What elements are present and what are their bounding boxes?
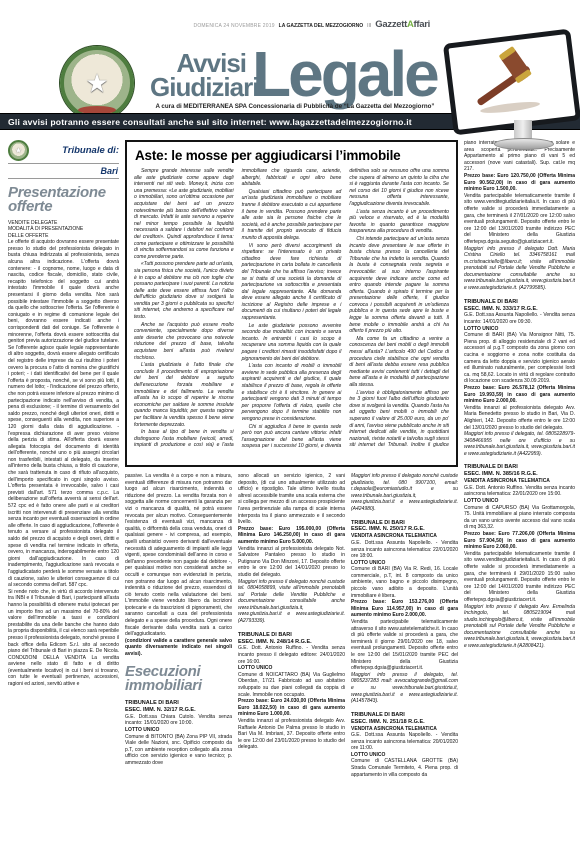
text-block-court: TRIBUNALE DI BARI (464, 464, 575, 471)
text-block-p: sono allocati un servizio igienico, 2 va… (238, 473, 345, 526)
dateline-date: DOMENICA 24 NOVEMBRE 2019 (194, 23, 275, 29)
gazzettaffari-logo: GazzettAffari (375, 19, 430, 30)
text-block-court: TRIBUNALE DI BARI (351, 520, 458, 527)
text-block-court: ESEC. IMM. N. 250/17 R.G.E. (351, 526, 458, 533)
text-block-p: Vendita partecipabile telematicamente tr… (464, 551, 575, 604)
text-block-b: Prezzo base: Euro 24.030,00 (Offerta Min… (238, 698, 345, 718)
text-block-court: ESEC. IMM. N. 32/17 R.G.E. (125, 707, 232, 714)
text-block-p: Le offerte di acquisto dovranno essere p… (8, 239, 119, 588)
text-block-b: VENDITA ASINCRONA TELEMATICA (351, 533, 458, 540)
text-block-b: Prezzo base: Euro 153.276,00 (Offerta Mi… (351, 599, 458, 619)
text-block-ap: Anche se l'acquisto può essere molto con… (134, 322, 234, 362)
section-heading-presentazione: Presentazione offerte (8, 186, 119, 215)
star-icon: ★ (85, 68, 108, 99)
text-block-p: Comune di BITONTO (BA) Zona PIP VII, str… (125, 734, 232, 767)
text-block-ap: Qualsiasi cittadino può partecipare ad u… (242, 189, 342, 242)
text-block-p: Vendita innanzi al professionista delega… (464, 405, 575, 431)
text-block-i: Maggiori info presso il delegato nonché … (238, 579, 345, 625)
text-block-court: ESEC. IMM. N. 333/17 R.G.E. (464, 306, 575, 313)
text-block-court: TRIBUNALE DI BARI (464, 299, 575, 306)
text-block-b: Prezzo base: Euro 120.750,00 (Offerta Mi… (464, 173, 575, 193)
text-block-b: LOTTO UNICO (238, 665, 345, 672)
masthead-avvisi-giudiziari: Avvisi Giudiziari (150, 52, 246, 100)
text-block-p: Comune di CASTELLANA GROTTE (BA) Strada … (351, 758, 458, 778)
text-block-p: Comune di CAPURSO (BA) Via Grottamorgola… (464, 505, 575, 531)
text-block-p: Vendita partecipabile telematicamente at… (351, 619, 458, 672)
masthead: Avvisi Giudiziari Legale (150, 46, 450, 102)
column-2-notices: passive. La vendita è a corpo e non a mi… (125, 473, 232, 837)
monitor-screen (443, 29, 580, 136)
presentazione-offerte-text: Presentazione offerteVENDITE DELEGATEMOD… (8, 186, 119, 688)
page-content: ★ Tribunale di: Bari Presentazione offer… (8, 140, 575, 837)
text-block-ap: L'asta giudiziaria è l'atto finale che c… (134, 362, 234, 428)
text-block-b: Prezzo base: Euro 195.000,00 (Offerta Mi… (238, 526, 345, 546)
text-block-cap: DELLE OFFERTE (8, 233, 119, 240)
text-block-ap: Sempre grande interesse sulle vendite al… (134, 168, 234, 260)
tribunale-city: Bari (8, 164, 119, 176)
text-block-b: LOTTO UNICO (464, 498, 575, 505)
article-headline: Aste: le mosse per aggiudicarsi l’immobi… (135, 148, 449, 163)
masthead-legale-title: Legale (252, 46, 437, 102)
text-block-p: Si rende noto che, in virtù di accordo i… (8, 589, 119, 688)
text-block-b: LOTTO UNICO (351, 560, 458, 567)
text-block-b: Prezzo base: Euro 77.206,00 (Offerta Min… (464, 531, 575, 551)
text-block-p: Comune di BARI (BA) Via R. Redi, 16. Loc… (351, 566, 458, 599)
text-block-p: G.E. Dott. Antonio Ruffino. Vendita senz… (464, 485, 575, 498)
article-box: Aste: le mosse per aggiudicarsi l’immobi… (125, 140, 458, 467)
column-3-notices: sono allocati un servizio igienico, 2 va… (238, 473, 345, 837)
column-5-notices: piano interrato, terra, primo e lastrico… (464, 140, 575, 837)
text-block-p: Vendita partecipabile telematicamente tr… (464, 193, 575, 246)
text-block-ap: «Tutti possono prendere parte ad un'asta… (134, 261, 234, 320)
middle-section: Aste: le mosse per aggiudicarsi l’immobi… (125, 140, 458, 837)
tribunale-emblem-icon: ★ (8, 140, 29, 161)
text-block-court: TRIBUNALE DI BARI (125, 700, 232, 707)
monitor-stand (514, 120, 532, 140)
republic-emblem-logo: ★ (60, 46, 134, 120)
text-block-i: Maggiori info presso il delegato, tel. 0… (464, 431, 575, 457)
text-block-b: LOTTO UNICO (125, 727, 232, 734)
text-block-b: VENDITA ASINCRONA TELEMATICA (351, 726, 458, 733)
dateline-paper-name: LA GAZZETTA DEL MEZZOGIORNO (279, 23, 363, 29)
text-block-court: TRIBUNALE DI BARI (238, 632, 345, 639)
text-block-ap: L'asta con incanto di mobili o immobili … (242, 363, 342, 422)
text-block-i: Maggiori info presso il delegato, tel. 0… (351, 672, 458, 705)
curator-line: A cura di MEDITERRANEA SPA Concessionari… (130, 103, 460, 110)
text-block-i: Maggiori info presso il delegato Dott. M… (464, 246, 575, 292)
gavel-icon (448, 35, 564, 120)
tribunale-label: Tribunale di: (62, 145, 119, 156)
text-block-ap: Le aste giudiziarie possono avvenire sec… (242, 323, 342, 363)
text-block-p: G.E. Dott.ssa Chiara Cutolo. Vendita sen… (125, 714, 232, 727)
text-block-court: ESEC. IMM. N. 385/16 R.G.E. (464, 471, 575, 478)
text-block-ap: L'asta senza incanto è un procedimento p… (349, 209, 449, 235)
text-block-b: (condizioni valide a carattere generale … (125, 638, 232, 658)
text-block-b: LOTTO UNICO (351, 752, 458, 759)
text-block-b: Prezzo base: Euro 26.578,12 (Offerta Min… (464, 385, 575, 405)
dateline-page-number: III (367, 23, 371, 29)
section-heading-esecuzioni: Esecuzioni immobiliari (125, 665, 232, 694)
monitor-gavel-image (442, 34, 576, 152)
text-block-ap: Chi intende partecipare ad un'asta senza… (349, 236, 449, 335)
text-block-ap: Vi sono però diversi accorgimenti da ris… (242, 243, 342, 322)
text-block-p: Vendita innanzi al professionista delega… (238, 546, 345, 579)
text-block-i: Maggiori info presso il delegato nonché … (351, 473, 458, 513)
notices-under-article: passive. La vendita è a corpo e non a mi… (125, 473, 458, 837)
text-block-p: Comune di NOICATTARO (BA) Via Guglielmo … (238, 672, 345, 698)
text-block-p: passive. La vendita è a corpo e non a mi… (125, 473, 232, 638)
text-block-court: ESEC. IMM. N. 248/14 R.G.E. (238, 639, 345, 646)
text-block-cap: MODALITÀ DI PRESENTAZIONE (8, 226, 119, 233)
text-block-p: G.E. Dott.ssa Assunta Napoliello. - Vend… (351, 540, 458, 560)
text-block-i: Maggiori info presso il delegato Avv. Er… (464, 604, 575, 650)
text-block-ap: Ma come fa un cittadino a venire a conos… (349, 336, 449, 389)
tribunale-header: ★ Tribunale di: Bari (8, 140, 119, 179)
text-block-p: G.E. Dott.ssa Assunta Napoliello. - Vend… (351, 732, 458, 752)
monitor-base (494, 138, 554, 150)
article-body: Sempre grande interesse sulle vendite al… (134, 168, 449, 452)
text-block-p: Comune di BARI (BA) Via Monsignor Nitti,… (464, 332, 575, 385)
text-block-b: VENDITA ASINCRONA TELEMATICA (464, 478, 575, 485)
column-tribunale: ★ Tribunale di: Bari Presentazione offer… (8, 140, 119, 837)
text-block-court: ESEC. IMM. N. 251/18 R.G.E. (351, 719, 458, 726)
text-block-p: G.E. Dott. Antonio Ruffino. - Vendita se… (238, 645, 345, 665)
top-dateline: DOMENICA 24 NOVEMBRE 2019 LA GAZZETTA DE… (194, 19, 430, 30)
website-banner-text: Gli avvisi potranno essere consultati an… (0, 117, 412, 127)
text-block-court: TRIBUNALE DI BARI (351, 712, 458, 719)
text-block-p: G.E. Dott.ssa Assunta Napoliello. - Vend… (464, 312, 575, 325)
column-4-notices: Maggiori info presso il delegato nonché … (351, 473, 458, 837)
text-block-b: LOTTO UNICO (464, 326, 575, 333)
text-block-p: Vendita innanzi al professionista delega… (238, 718, 345, 751)
